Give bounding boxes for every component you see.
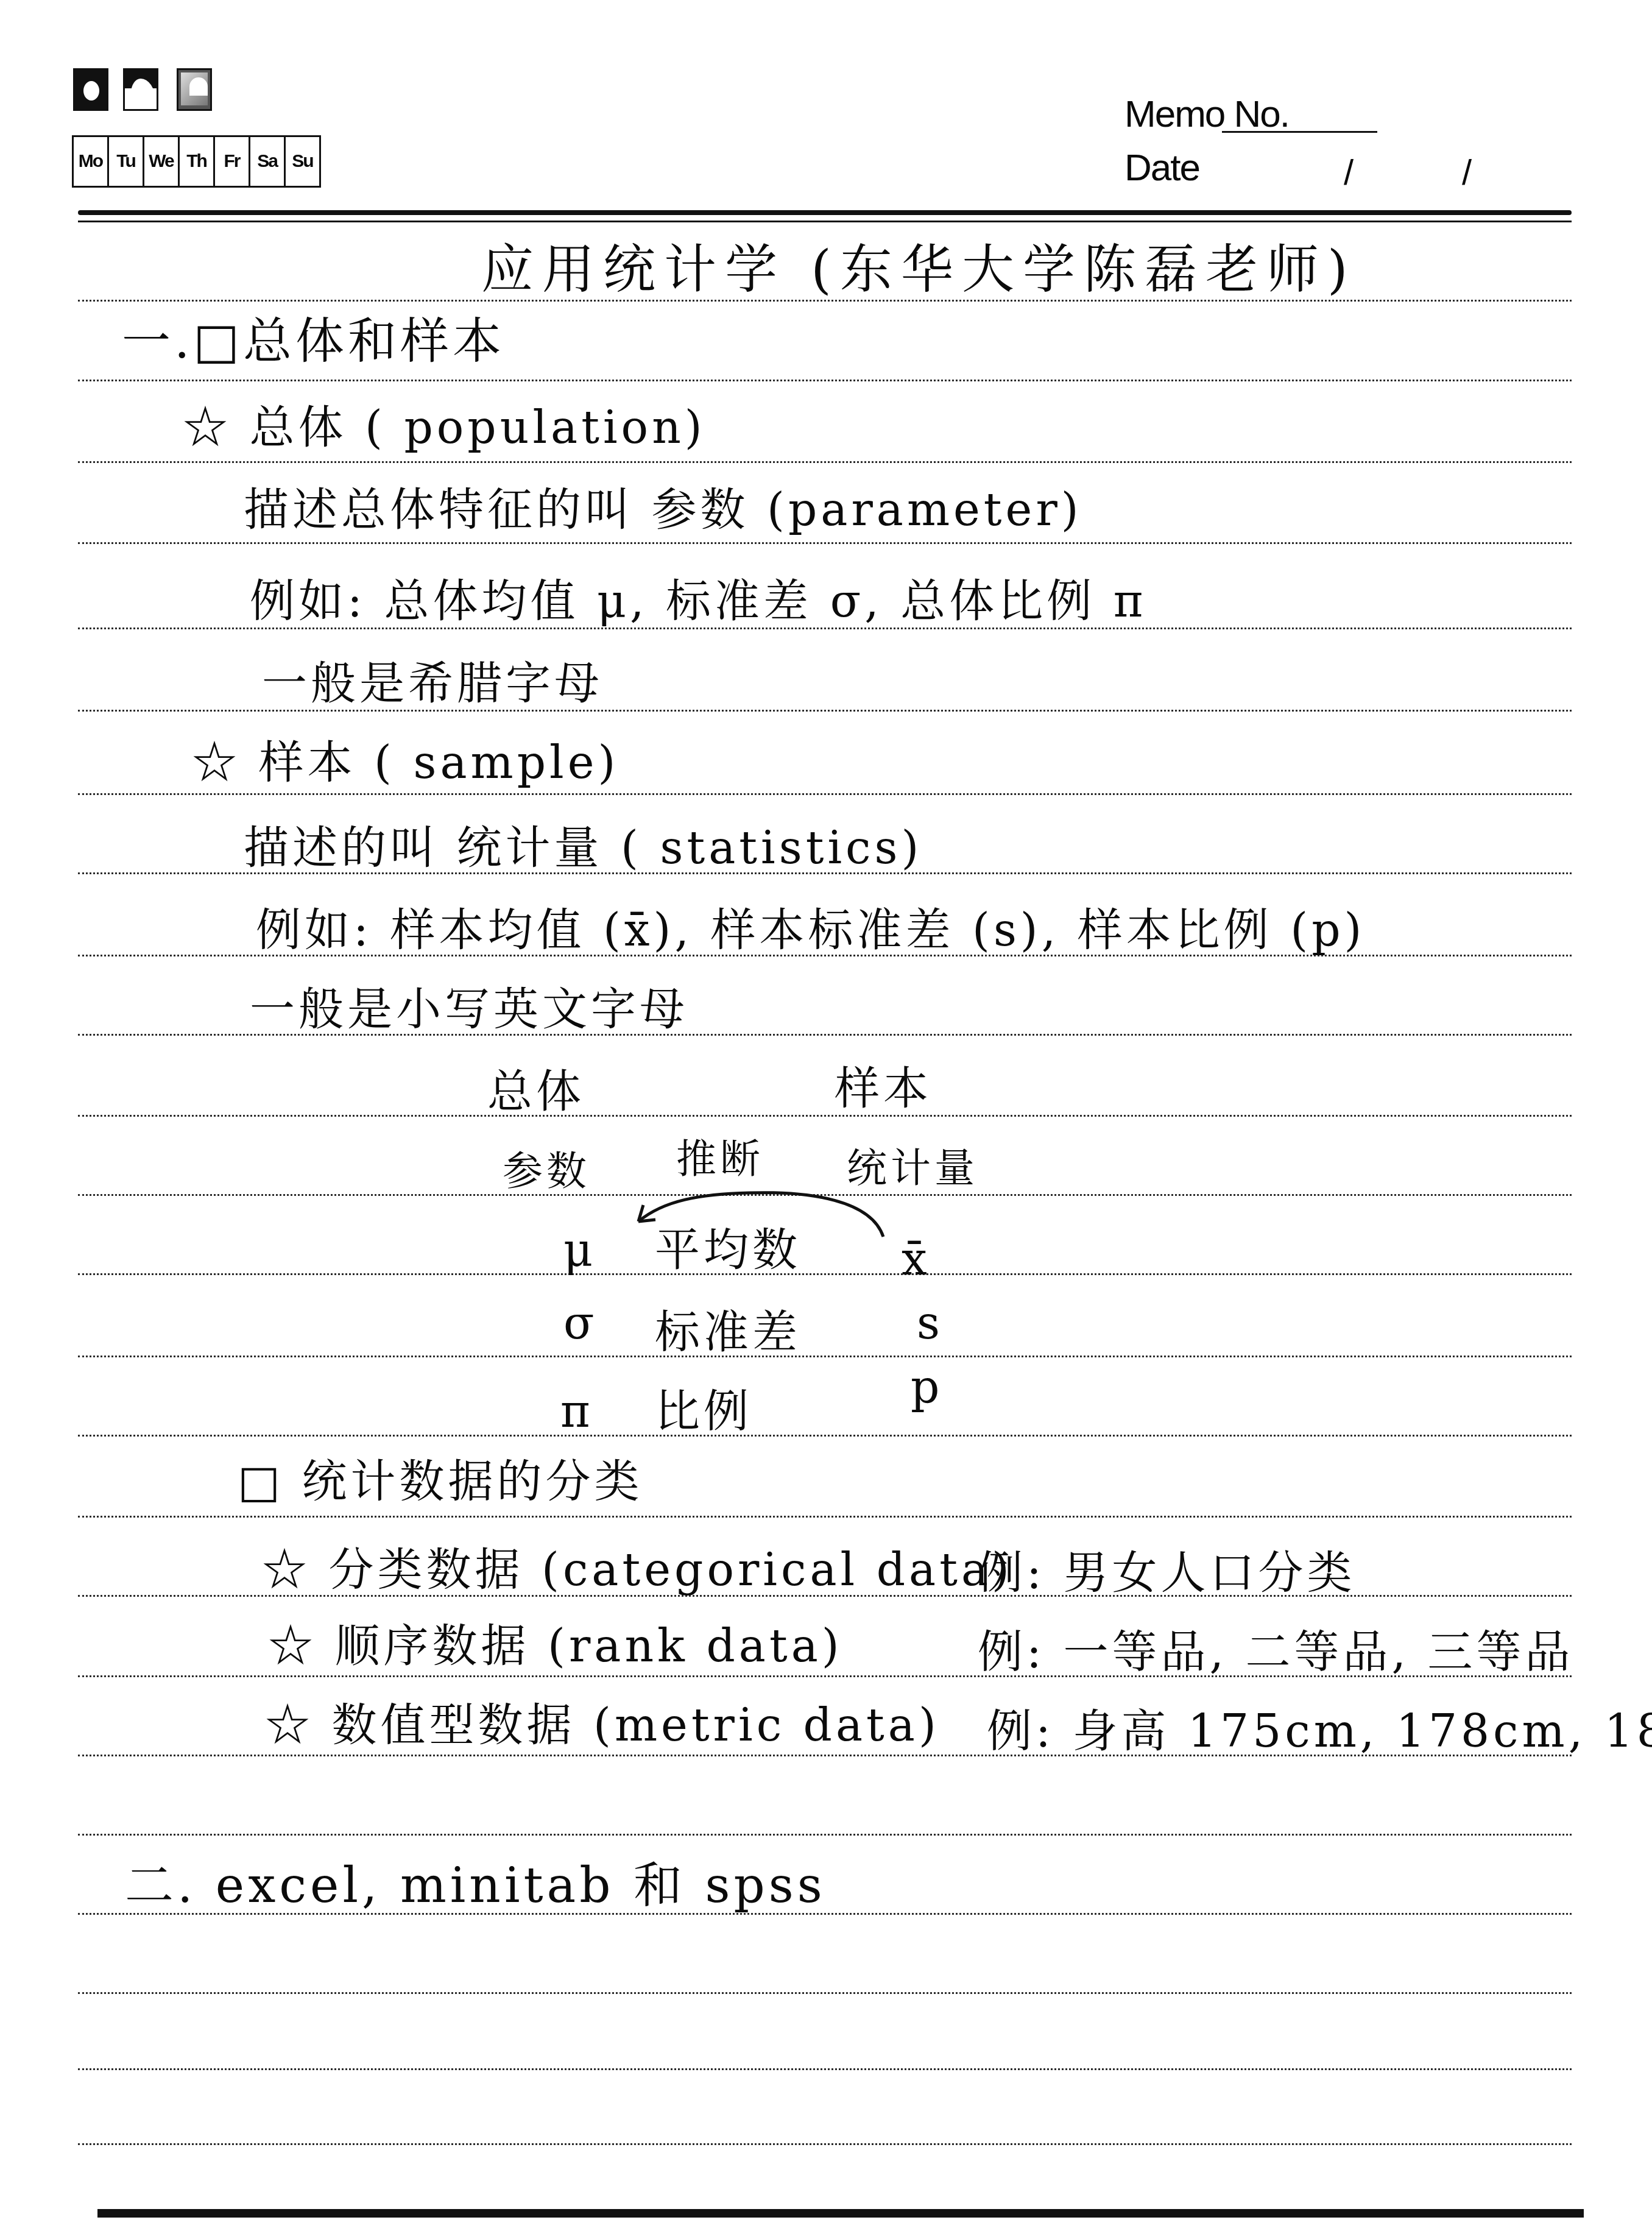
memo-number-label: Memo No. (1124, 93, 1289, 136)
population-description: 描述总体特征的叫 参数 (parameter) (244, 487, 1082, 532)
pi-symbol: π (560, 1389, 594, 1434)
weekday-we[interactable]: We (144, 137, 180, 186)
weekday-su[interactable]: Su (286, 137, 319, 186)
comparison-parameter-label: 参数 (503, 1151, 590, 1192)
mu-symbol: μ (563, 1228, 596, 1273)
categorical-data-label: ☆ 分类数据 (categorical data) (262, 1547, 1013, 1593)
classification-heading: □ 统计数据的分类 (238, 1459, 643, 1504)
ruled-line (78, 710, 1572, 712)
ruled-line (78, 1356, 1572, 1357)
categorical-data-example: 例: 男女人口分类 (978, 1550, 1355, 1596)
ruled-line (78, 461, 1572, 463)
population-heading: ☆ 总体 ( population) (183, 405, 706, 450)
weekday-fr[interactable]: Fr (215, 137, 250, 186)
sigma-symbol: σ (563, 1301, 598, 1346)
sample-example: 例如: 样本均值 (x̄), 样本标准差 (s), 样本比例 (p) (256, 908, 1365, 953)
comparison-inference-label: 推断 (676, 1139, 764, 1179)
ruled-line (78, 793, 1572, 795)
header-divider (78, 210, 1572, 215)
weekday-tu[interactable]: Tu (109, 137, 144, 186)
note-title: 应用统计学 (东华大学陈磊老师) (481, 244, 1356, 296)
ruled-line (78, 1435, 1572, 1437)
ruled-line (78, 1992, 1572, 1994)
weekday-th[interactable]: Th (180, 137, 215, 186)
ruled-line (78, 1115, 1572, 1117)
rank-data-label: ☆ 顺序数据 (rank data) (268, 1624, 843, 1669)
ruled-line (78, 2068, 1572, 2070)
ruled-line (78, 542, 1572, 544)
date-label: Date (1124, 146, 1199, 189)
weekday-sa[interactable]: Sa (250, 137, 286, 186)
weekday-mo[interactable]: Mo (74, 137, 109, 186)
comparison-sample-header: 样本 (835, 1066, 932, 1111)
population-example: 例如: 总体均值 μ, 标准差 σ, 总体比例 π (250, 579, 1146, 624)
rank-data-example: 例: 一等品, 二等品, 三等品 (978, 1630, 1574, 1675)
sun-icon (73, 68, 108, 111)
umbrella-rain-icon (177, 68, 212, 111)
ruled-line (78, 380, 1572, 381)
comparison-population-header: 总体 (487, 1069, 585, 1114)
sample-note: 一般是小写英文字母 (250, 987, 688, 1032)
population-note: 一般是希腊字母 (262, 661, 603, 706)
section-1-heading: 一.□总体和样本 (122, 317, 505, 366)
metric-data-example: 例: 身高 175cm, 178cm, 183cm (987, 1709, 1652, 1754)
section-2-heading: 二. excel, minitab 和 spss (125, 1861, 826, 1910)
ruled-line (78, 1273, 1572, 1275)
cloudy-icon (123, 68, 158, 111)
header-divider-thin (78, 221, 1572, 222)
date-separator: / (1344, 152, 1354, 193)
memo-number-field[interactable] (1222, 131, 1377, 133)
sample-description: 描述的叫 统计量 ( statistics) (244, 825, 922, 871)
p-symbol: p (911, 1365, 943, 1410)
sample-heading: ☆ 样本 ( sample) (192, 740, 619, 785)
weekday-selector: Mo Tu We Th Fr Sa Su (72, 135, 321, 188)
date-separator: / (1462, 152, 1472, 193)
mean-label: 平均数 (655, 1228, 801, 1273)
ruled-line (78, 2143, 1572, 2145)
ruled-line (78, 1834, 1572, 1836)
x-bar-symbol: x̄ (902, 1237, 931, 1282)
std-dev-label: 标准差 (655, 1310, 801, 1355)
ruled-line (78, 627, 1572, 629)
metric-data-label: ☆ 数值型数据 (metric data) (265, 1703, 940, 1748)
s-symbol: s (917, 1301, 944, 1346)
ruled-line (78, 1516, 1572, 1518)
footer-divider (97, 2209, 1584, 2218)
proportion-label: 比例 (655, 1389, 752, 1434)
